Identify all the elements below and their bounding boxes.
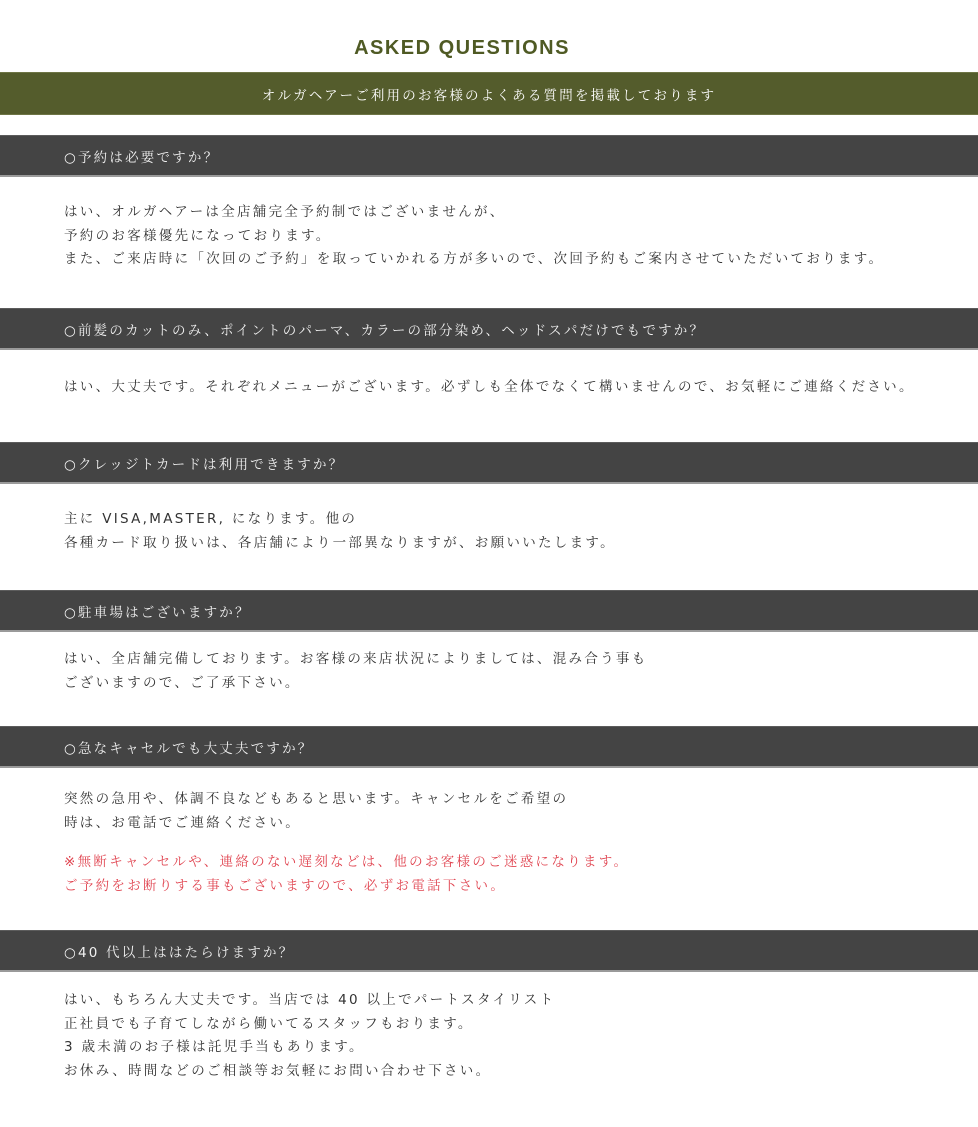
faq-question-credit-card: ○クレッジトカードは利用できますか？ [0,442,978,484]
answer-line: 時は、お電話でご連絡ください。 [64,812,964,836]
answer-line: はい、オルガヘアーは全店舗完全予約制ではございませんが、 [64,201,964,225]
question-text: ○予約は必要ですか？ [64,146,219,166]
faq-answer-credit-card: 主に VISA,MASTER, になります。他の 各種カード取り扱いは、各店舗に… [64,508,964,555]
question-text: ○駐車場はございますか？ [64,601,251,621]
answer-line: また、ご来店時に「次回のご予約」を取っていかれる方が多いので、次回予約もご案内さ… [64,248,964,272]
answer-line: 各種カード取り扱いは、各店舗により一部異なりますが、お願いいたします。 [64,532,964,556]
faq-answer-over-40: はい、もちろん大丈夫です。当店では 40 以上でパートスタイリスト 正社員でも子… [64,989,964,1083]
answer-line: 突然の急用や、体調不良などもあると思います。キャンセルをご希望の [64,788,964,812]
faq-question-parking: ○駐車場はございますか？ [0,590,978,632]
answer-line: お休み、時間などのご相談等お気軽にお問い合わせ下さい。 [64,1060,964,1084]
faq-answer-parking: はい、全店舗完備しております。お客様の来店状況によりましては、混み合う事も ござ… [64,648,964,695]
intro-banner-text: オルガヘアーご利用のお客様のよくある質問を掲載しております [262,84,717,104]
question-text: ○40 代以上ははたらけますか？ [64,941,294,961]
faq-answer-cancellation: 突然の急用や、体調不良などもあると思います。キャンセルをご希望の 時は、お電話で… [64,788,964,898]
faq-answer-partial-menu: はい、大丈夫です。それぞれメニューがございます。必ずしも全体でなくて構いませんの… [64,376,964,400]
warning-note-line: ※無断キャンセルや、連絡のない遅刻などは、他のお客様のご迷惑になります。 [64,851,964,875]
faq-question-reservation: ○予約は必要ですか？ [0,135,978,177]
answer-line: はい、大丈夫です。それぞれメニューがございます。必ずしも全体でなくて構いませんの… [64,376,964,400]
question-text: ○前髪のカットのみ、ポイントのパーマ、カラーの部分染め、ヘッドスパだけでもですか… [64,319,705,339]
faq-answer-reservation: はい、オルガヘアーは全店舗完全予約制ではございませんが、 予約のお客様優先になっ… [64,201,964,272]
intro-banner: オルガヘアーご利用のお客様のよくある質問を掲載しております [0,72,978,115]
page-title: ASKED QUESTIONS [0,37,924,60]
answer-line: はい、もちろん大丈夫です。当店では 40 以上でパートスタイリスト [64,989,964,1013]
faq-question-over-40: ○40 代以上ははたらけますか？ [0,930,978,972]
warning-note-line: ご予約をお断りする事もございますので、必ずお電話下さい。 [64,875,964,899]
faq-question-partial-menu: ○前髪のカットのみ、ポイントのパーマ、カラーの部分染め、ヘッドスパだけでもですか… [0,308,978,350]
question-text: ○急なキャセルでも大丈夫ですか？ [64,737,313,757]
answer-line: 正社員でも子育てしながら働いてるスタッフもおります。 [64,1013,964,1037]
faq-question-cancellation: ○急なキャセルでも大丈夫ですか？ [0,726,978,768]
answer-line: 主に VISA,MASTER, になります。他の [64,508,964,532]
answer-line: 3 歳未満のお子様は託児手当もあります。 [64,1036,964,1060]
question-text: ○クレッジトカードは利用できますか？ [64,453,344,473]
answer-line: ございますので、ご了承下さい。 [64,672,964,696]
answer-line: はい、全店舗完備しております。お客様の来店状況によりましては、混み合う事も [64,648,964,672]
answer-line: 予約のお客様優先になっております。 [64,225,964,249]
